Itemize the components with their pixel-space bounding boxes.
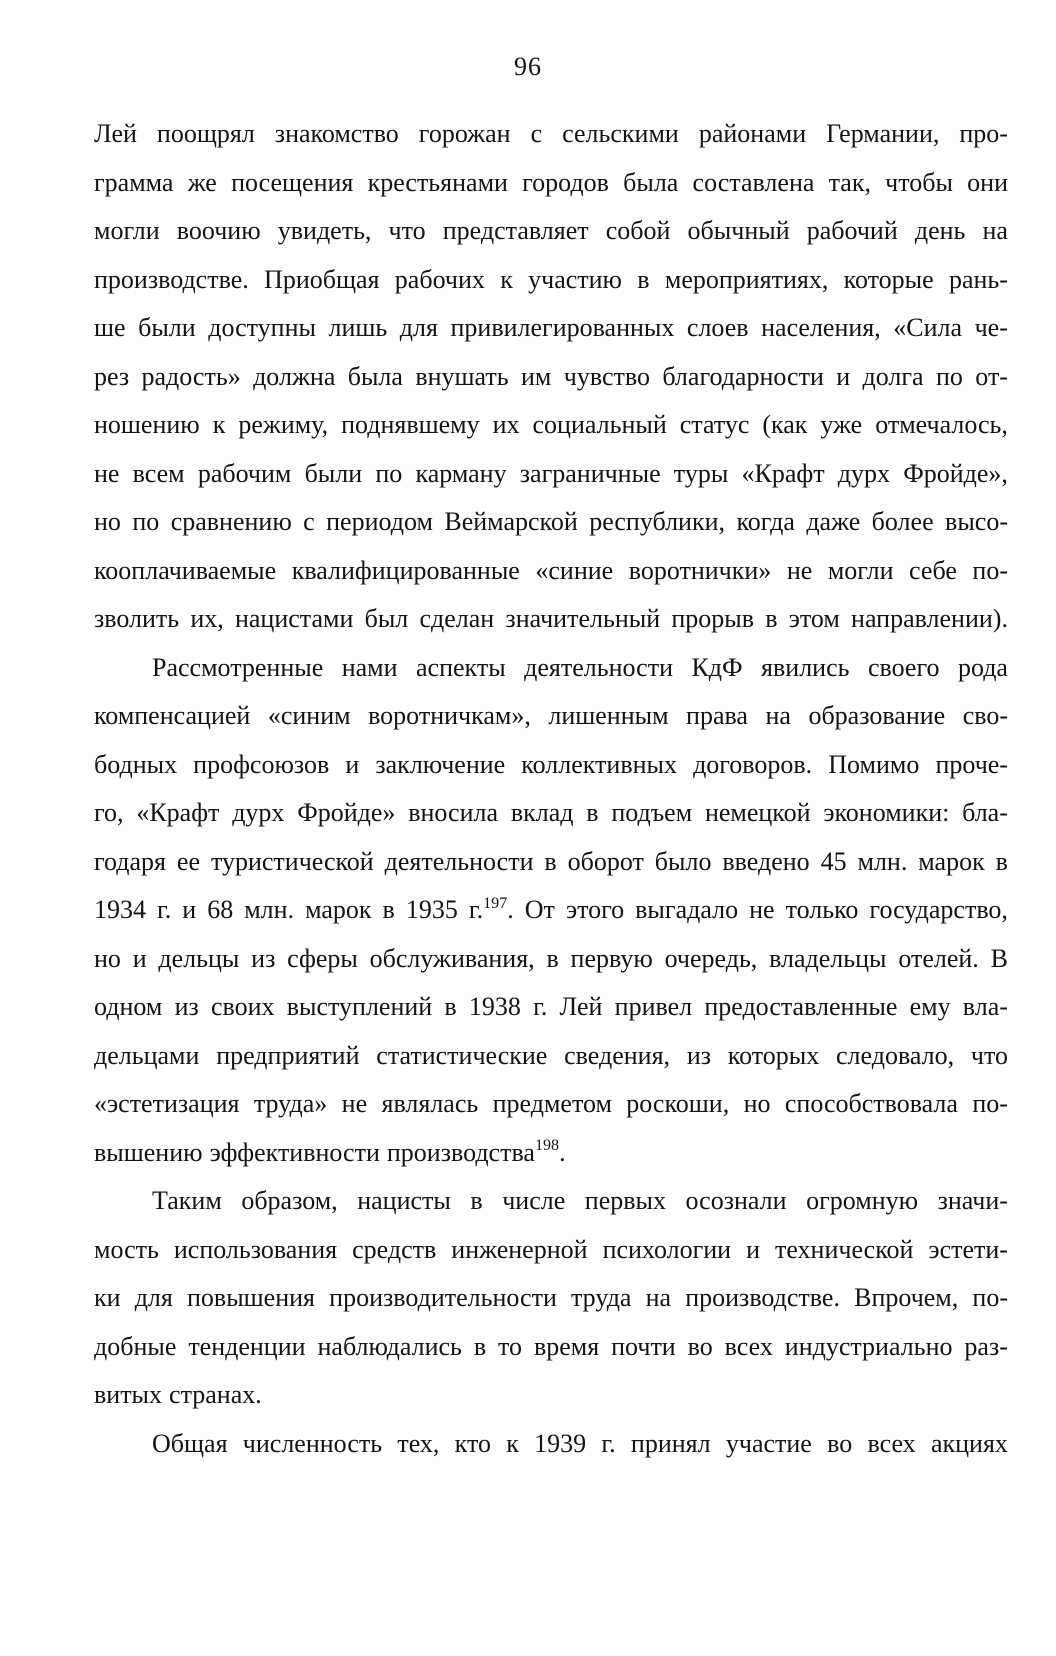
word: к [506,1420,519,1469]
word: предприятий [216,1032,359,1081]
word: могли [94,207,160,256]
text-line: добныетенденциинаблюдалисьвтовремяпочтив… [94,1323,1008,1372]
word: коллективных [521,741,677,790]
word: подъем [611,789,692,838]
word: являлась [382,1080,479,1129]
word: были [305,450,363,499]
word: было [655,838,712,887]
word: прорыв [671,595,754,644]
word: в [544,838,556,887]
word: по [375,450,402,499]
word: был [365,595,409,644]
word: роскоши, [626,1080,729,1129]
word: акциях [931,1420,1008,1469]
word: вносила [408,789,498,838]
word: так, [829,159,871,208]
word: поднявшему [341,401,480,450]
word: уже [820,401,862,450]
text-line: невсемрабочимбылипокарманузаграничныетур… [94,450,1008,499]
word: г.197. [469,886,514,935]
word: их, [190,595,223,644]
word: «Крафт [741,450,824,499]
word: но [94,498,121,547]
word: От [525,886,555,935]
word: средств [352,1226,436,1275]
word: обслуживания, [370,935,535,984]
word: ки [94,1274,121,1323]
word: численность [243,1420,382,1469]
text-line: годаряеетуристическойдеятельностивоборот… [94,838,1008,887]
footnote-ref-198: 198 [535,1137,559,1154]
word: предоставленные [704,983,897,1032]
word: отмечалось, [875,401,1008,450]
word: крестьянами [368,159,508,208]
word: их [493,401,520,450]
word: грамма [94,159,173,208]
word: в [996,838,1008,887]
text-line: нопосравнениюспериодомВеймарскойреспубли… [94,498,1008,547]
word: ше [94,304,126,353]
word: ему [910,983,951,1032]
word: из [175,983,199,1032]
word: мость [94,1226,159,1275]
text-line: компенсацией«синимворотничкам»,лишеннымп… [94,692,1008,741]
word: туристической [211,838,374,887]
word: населения, [761,304,881,353]
word: туры [674,450,729,499]
word: своих [211,983,275,1032]
word: составлена [693,159,815,208]
text-line: кооплачиваемыеквалифицированные«синиевор… [94,547,1008,596]
word: более [872,498,934,547]
text-line: зволитьих,нацистамибылсделанзначительный… [94,595,1008,644]
word: не [94,450,119,499]
word: рабочих [395,256,485,305]
word: производстве. [685,1274,840,1323]
word: могли [828,547,894,596]
word: вклад [511,789,574,838]
word: и [836,353,850,402]
word: которых [728,1032,819,1081]
word: тех, [397,1420,439,1469]
word: Помимо [828,741,919,790]
word: день [915,207,966,256]
word: на [983,207,1008,256]
word: карману [415,450,506,499]
word: 1939 [534,1420,586,1469]
word: деятельности [524,644,673,693]
word: из [251,935,275,984]
text-line: вышениюэффективностипроизводства198. [94,1129,1008,1178]
text-line: РассмотренныенамиаспектыдеятельностиКдФя… [94,644,1008,693]
word: выгадало [635,886,738,935]
text-line: ноидельцыизсферыобслуживания,впервуюочер… [94,935,1008,984]
word: значительный [505,595,660,644]
word: мероприятиях, [665,256,829,305]
word: режиму, [238,401,328,450]
word: и [746,1226,760,1275]
word: с [303,498,315,547]
text-line: витыхстранах. [94,1371,1008,1420]
word: первых [585,1177,666,1226]
word: государство, [869,886,1008,935]
word: первую [571,935,653,984]
word: г. [533,983,547,1032]
word: Веймарской [444,498,577,547]
word: бла- [962,789,1008,838]
word: по- [972,547,1008,596]
word: нацисты [357,1177,451,1226]
word: республики, [589,498,725,547]
word: экономики: [823,789,949,838]
word: технической [775,1226,913,1275]
word: КдФ [691,644,742,693]
word: что [389,207,426,256]
word: договоров. [693,741,812,790]
word: слоев [687,304,749,353]
word: была [348,353,403,402]
word: чувство [564,353,650,402]
word: профсоюзов [193,741,329,790]
word: социальный [532,401,666,450]
word: в [383,886,395,935]
word: млн. [244,886,294,935]
word: для [135,1274,173,1323]
word: то [498,1323,522,1372]
word: с [531,110,543,159]
word: права [686,692,748,741]
word: периодом [326,498,433,547]
text-line: «эстетизациятруда»неявляласьпредметомрос… [94,1080,1008,1129]
text-line: го,«КрафтдурхФройде»вносилавкладвподъемн… [94,789,1008,838]
word: квалифицированные [292,547,520,596]
word: не [342,1080,367,1129]
word: проче- [935,741,1008,790]
word: вышению [94,1129,203,1178]
word: числе [502,1177,565,1226]
word: статистические [376,1032,547,1081]
word: они [967,159,1008,208]
word: и [345,741,359,790]
word: высо- [945,498,1008,547]
word: участие [726,1420,812,1469]
word: рабочим [198,450,292,499]
word: бодных [94,741,177,790]
word: городов [522,159,609,208]
word: долга [863,353,924,402]
word: благодарности [662,353,824,402]
word: деятельности [385,838,534,887]
word: введено [722,838,809,887]
text-line: 1934г.и68млн.марокв1935г.197.Отэтоговыга… [94,886,1008,935]
word: заграничные [520,450,661,499]
word: по- [972,1080,1008,1129]
word: всем [133,450,185,499]
word: в [637,256,649,305]
word: способствовала [785,1080,958,1129]
word: «синие [535,547,613,596]
text-line: кидляповышенияпроизводительноститруданап… [94,1274,1008,1323]
word: этого [566,886,624,935]
word: странах. [169,1371,262,1420]
word: к [500,256,513,305]
word: заключение [375,741,505,790]
word: принял [631,1420,711,1469]
word: им [521,353,551,402]
word: направлении). [851,595,1008,644]
word: 68 [207,886,233,935]
word: по [936,353,963,402]
word: повышения [187,1274,315,1323]
scanned-document-page: 96 Лейпоощрялзнакомствогорожанссельскими… [0,0,1056,1656]
word: сравнению [171,498,292,547]
word: этом [789,595,840,644]
word: и [133,935,147,984]
word: Рассмотренные [152,644,323,693]
word: радость» [142,353,241,402]
word: 1934 [94,886,146,935]
word: «эстетизация [94,1080,239,1129]
word: была [623,159,678,208]
word: «синим [268,692,351,741]
word: представляет [443,207,589,256]
word: явились [761,644,849,693]
word: воротнички» [629,547,772,596]
word: к [213,401,226,450]
word: г. [157,886,171,935]
word: во [827,1420,852,1469]
text-line: мостьиспользованиясредствинженернойпсихо… [94,1226,1008,1275]
word: 45 [821,838,847,887]
word: витых [94,1371,162,1420]
word: сельскими [562,110,679,159]
text-line: Общаячисленностьтех,кток1939г.принялучас… [94,1420,1008,1469]
word: лишенным [548,692,668,741]
word: сво- [963,692,1008,741]
word: для [400,304,438,353]
word: в [470,1177,482,1226]
word: Фройде» [297,789,395,838]
word: ее [177,838,200,887]
word: значи- [938,1177,1008,1226]
word: эффективности [210,1129,380,1178]
word: в [474,1323,486,1372]
word: в [546,935,558,984]
word: от- [975,353,1008,402]
word: увидеть, [278,207,372,256]
word: немецкой [705,789,811,838]
word: добные [94,1323,176,1372]
word: осознали [686,1177,787,1226]
text-line: ношениюкрежиму,поднявшемуихсоциальныйста… [94,401,1008,450]
word: воротничкам», [368,692,531,741]
word: почти [611,1323,676,1372]
word: 1935 [406,886,458,935]
word: очередь, [665,935,758,984]
word: индустриально [785,1323,953,1372]
word: на [765,692,790,741]
word: внушать [415,353,508,402]
text-line: бодныхпрофсоюзовизаключениеколлективныхд… [94,741,1008,790]
word: Таким [152,1177,222,1226]
text-line: могливоочиюувидеть,чтопредставляетсобойо… [94,207,1008,256]
word: горожан [419,110,511,159]
word: в [444,983,456,1032]
word: себе [909,547,957,596]
word: раз- [964,1323,1007,1372]
word: всех [725,1323,773,1372]
word: образом, [241,1177,337,1226]
word: дурх [232,789,284,838]
word: статус [680,401,750,450]
word: районами [699,110,806,159]
word: привел [615,983,692,1032]
word: Общая [152,1420,228,1469]
word: го, [94,789,124,838]
word: наблюдались [317,1323,461,1372]
footnote-ref-197: 197 [483,895,507,912]
text-line: производстве.Приобщаярабочихкучастиювмер… [94,256,1008,305]
text-line: одномизсвоихвыступленийв1938г.Лейпривелп… [94,983,1008,1032]
text-line: Лейпоощрялзнакомствогорожанссельскимирай… [94,110,1008,159]
word: рань- [949,256,1008,305]
word: Германии, [826,110,939,159]
word: и [182,886,196,935]
word: про- [959,110,1008,159]
word: сведения, [564,1032,670,1081]
word: Впрочем, [854,1274,958,1323]
word: марок [305,886,371,935]
word: Лей [94,110,137,159]
word: рез [94,353,129,402]
word: что [971,1032,1008,1081]
word: на [646,1274,671,1323]
text-line: граммажепосещениякрестьянамигородовбылас… [94,159,1008,208]
word: обычный [688,207,790,256]
word: использования [174,1226,337,1275]
word: собой [606,207,671,256]
word: привилегированных [451,304,675,353]
word: производстве. [94,256,249,305]
word: г. [601,1420,615,1469]
word: не [749,886,774,935]
word: огромную [806,1177,918,1226]
word: годаря [94,838,166,887]
word: своего [868,644,940,693]
word: кооплачиваемые [94,547,276,596]
word: но [94,935,121,984]
word: отелей. [898,935,979,984]
word: труда» [254,1080,327,1129]
word: но [744,1080,771,1129]
word: чтобы [885,159,953,208]
word: образование [808,692,945,741]
word: посещения [231,159,353,208]
text-line: шебылидоступнылишьдляпривилегированныхсл… [94,304,1008,353]
word: 1938 [469,983,521,1032]
word: участию [528,256,622,305]
word: поощрял [157,110,255,159]
word: по [132,498,159,547]
word: труда [571,1274,631,1323]
word: одном [94,983,162,1032]
word: время [534,1323,599,1372]
word: же [188,159,217,208]
word: в [586,789,598,838]
text-line: Такимобразом,нацистывчислепервыхосознали… [94,1177,1008,1226]
word: психологии [603,1226,732,1275]
word: дурх [838,450,890,499]
word: которые [844,256,934,305]
word: из [687,1032,711,1081]
word: Лей [560,983,603,1032]
word: лишь [328,304,387,353]
word: В [991,935,1008,984]
word: сделан [419,595,494,644]
word: всех [868,1420,916,1469]
word: млн. [858,838,908,887]
word: владельцы [769,935,886,984]
word: производительности [329,1274,557,1323]
word: дельцы [158,935,239,984]
word: аспекты [416,644,506,693]
word: дельцами [94,1032,199,1081]
word: во [688,1323,713,1372]
word: зволить [94,595,179,644]
word: Приобщая [264,256,379,305]
word: кто [455,1420,491,1469]
word: Фройде», [903,450,1008,499]
word: марок [918,838,984,887]
word: тенденции [188,1323,305,1372]
word: нами [342,644,398,693]
text-line: резрадость»должнабылавнушатьимчувствобла… [94,353,1008,402]
word: доступны [208,304,316,353]
word: предметом [493,1080,612,1129]
word: не [787,547,812,596]
word: когда [736,498,794,547]
word: даже [806,498,860,547]
word: в [765,595,777,644]
word: рода [958,644,1008,693]
word: инженерной [451,1226,587,1275]
word: воочию [177,207,261,256]
text-line: дельцамипредприятийстатистическиесведени… [94,1032,1008,1081]
word: (как [762,401,807,450]
word: «Сила [893,304,962,353]
word: следовало, [836,1032,954,1081]
word: эстети- [928,1226,1008,1275]
word: рабочий [807,207,898,256]
word: выступлений [287,983,432,1032]
page-number: 96 [0,52,1056,82]
word: знакомство [275,110,399,159]
word: «Крафт [136,789,219,838]
word: оборот [568,838,644,887]
word: вла- [963,983,1008,1032]
word: ношению [94,401,200,450]
word: производства198. [387,1129,566,1178]
word: были [138,304,196,353]
word: только [786,886,859,935]
word: че- [975,304,1008,353]
word: сферы [287,935,358,984]
body-text: Лейпоощрялзнакомствогорожанссельскимирай… [94,110,1008,1468]
word: должна [253,353,335,402]
word: компенсацией [94,692,250,741]
word: по- [972,1274,1008,1323]
word: нацистами [235,595,353,644]
